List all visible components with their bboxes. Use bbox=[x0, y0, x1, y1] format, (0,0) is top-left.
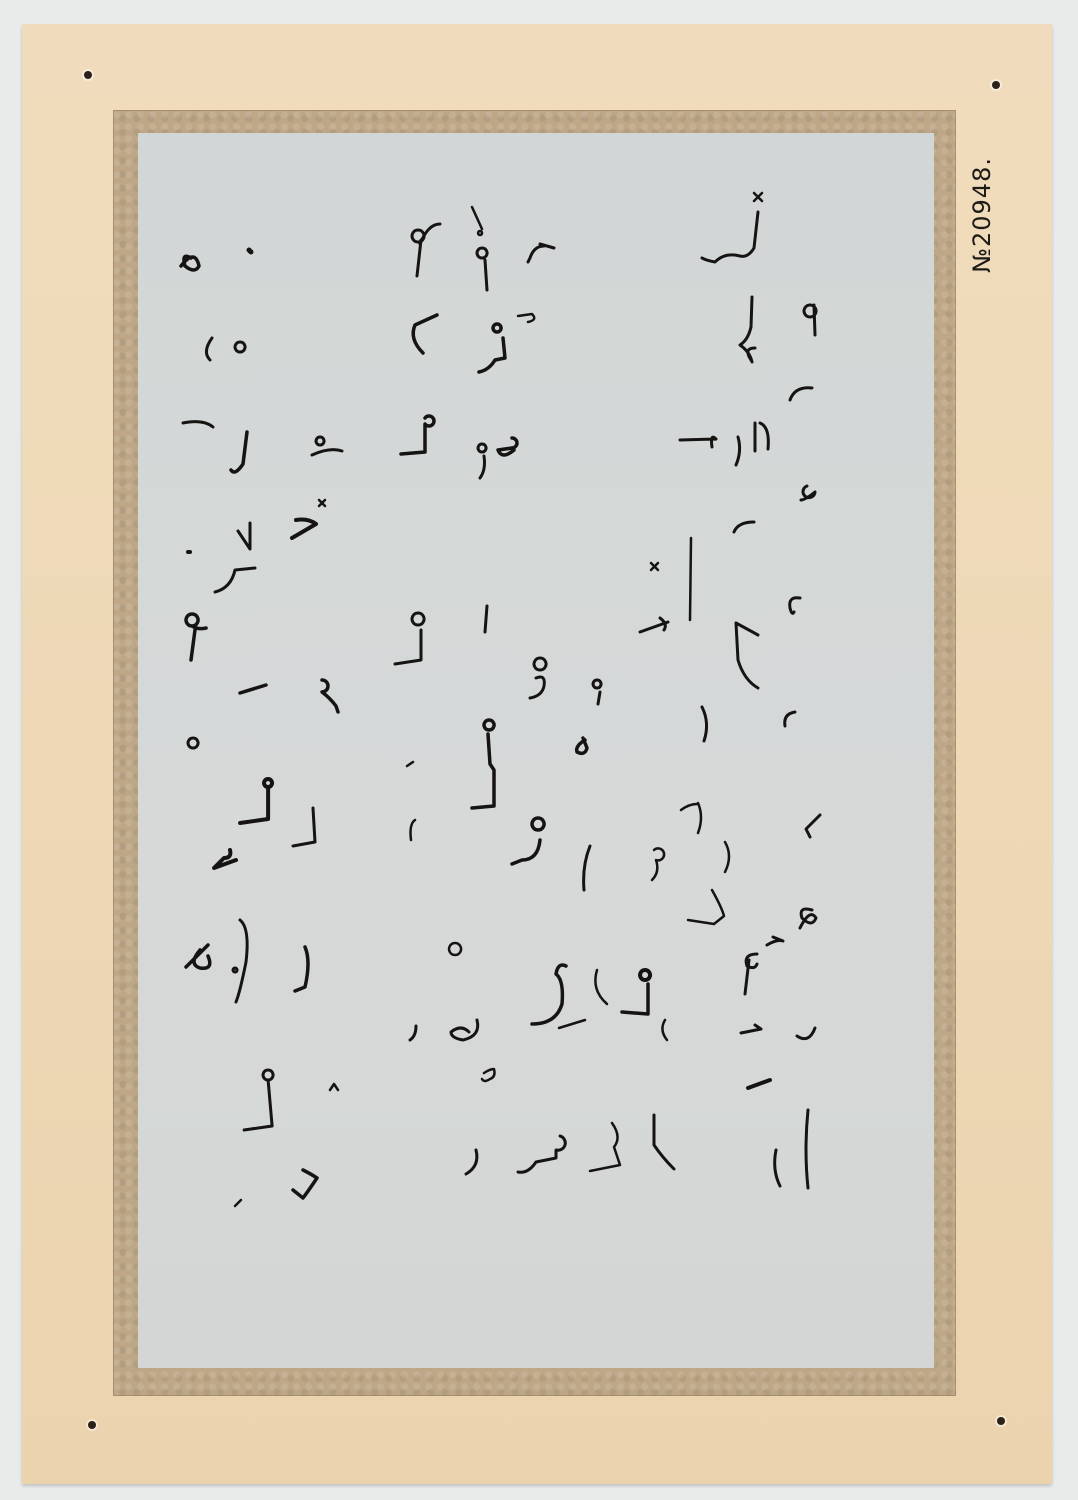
shorthand-stroke bbox=[472, 207, 482, 235]
shorthand-stroke bbox=[295, 947, 308, 991]
shorthand-stroke bbox=[775, 1150, 780, 1186]
shorthand-stroke bbox=[451, 1020, 478, 1040]
shorthand-stroke bbox=[532, 965, 566, 1024]
shorthand-stroke bbox=[235, 1200, 241, 1206]
shorthand-stroke bbox=[748, 1080, 770, 1088]
shorthand-stroke bbox=[662, 1020, 667, 1040]
shorthand-stroke bbox=[681, 804, 697, 810]
shorthand-stroke bbox=[183, 422, 213, 427]
shorthand-stroke bbox=[702, 707, 707, 741]
shorthand-stroke bbox=[181, 256, 199, 270]
shorthand-stroke bbox=[688, 890, 724, 924]
shorthand-stroke bbox=[238, 523, 250, 549]
shorthand-stroke bbox=[800, 909, 816, 928]
shorthand-stroke bbox=[530, 658, 546, 698]
shorthand-stroke bbox=[755, 423, 768, 451]
shorthand-stroke bbox=[413, 315, 437, 353]
shorthand-stroke bbox=[702, 212, 758, 262]
shorthand-stroke bbox=[584, 846, 590, 890]
shorthand-stroke bbox=[206, 338, 212, 360]
shorthand-stroke bbox=[244, 1070, 273, 1130]
shorthand-stroke bbox=[559, 1020, 585, 1028]
shorthand-stroke bbox=[240, 779, 272, 823]
catalog-number: №20948. bbox=[962, 140, 1002, 290]
shorthand-stroke bbox=[734, 522, 754, 532]
shorthand-stroke bbox=[188, 738, 198, 748]
shorthand-stroke bbox=[293, 808, 315, 846]
shorthand-stroke bbox=[590, 1123, 620, 1171]
shorthand-stroke bbox=[498, 438, 517, 455]
shorthand-stroke bbox=[479, 324, 505, 372]
shorthand-stroke bbox=[748, 348, 755, 360]
shorthand-stroke bbox=[512, 818, 544, 864]
shorthand-stroke bbox=[698, 803, 701, 833]
shorthand-stroke bbox=[640, 618, 668, 632]
shorthand-stroke bbox=[785, 712, 795, 726]
shorthand-stroke bbox=[401, 416, 434, 454]
shorthand-stroke bbox=[293, 1170, 317, 1198]
shorthand-stroke bbox=[640, 970, 650, 980]
shorthand-stroke bbox=[790, 388, 812, 400]
shorthand-stroke bbox=[745, 954, 757, 994]
shorthand-stroke bbox=[806, 1110, 808, 1188]
shorthand-stroke bbox=[577, 738, 587, 753]
shorthand-stroke bbox=[736, 623, 758, 688]
shorthand-stroke bbox=[754, 193, 762, 201]
shorthand-stroke bbox=[518, 1136, 565, 1172]
shorthand-stroke bbox=[652, 848, 664, 880]
shorthand-outlines bbox=[0, 0, 1078, 1500]
shorthand-stroke bbox=[740, 297, 752, 362]
shorthand-stroke bbox=[736, 437, 740, 465]
shorthand-stroke bbox=[725, 842, 729, 872]
shorthand-stroke bbox=[477, 248, 487, 290]
shorthand-stroke bbox=[407, 762, 413, 766]
shorthand-stroke bbox=[593, 680, 601, 704]
shorthand-stroke bbox=[801, 486, 815, 500]
shorthand-stroke bbox=[790, 598, 800, 614]
shorthand-stroke bbox=[312, 437, 342, 455]
shorthand-stroke bbox=[518, 314, 534, 322]
catalog-number-text: №20948. bbox=[968, 157, 996, 273]
shorthand-stroke bbox=[186, 945, 210, 968]
shorthand-stroke bbox=[449, 943, 461, 955]
shorthand-stroke bbox=[806, 815, 820, 837]
shorthand-stroke bbox=[767, 937, 783, 945]
shorthand-stroke bbox=[472, 720, 494, 808]
shorthand-stroke bbox=[319, 500, 325, 506]
shorthand-stroke bbox=[482, 1069, 495, 1081]
shorthand-stroke bbox=[804, 305, 816, 335]
shorthand-stroke bbox=[651, 563, 658, 570]
shorthand-stroke bbox=[292, 520, 316, 539]
shorthand-stroke bbox=[690, 538, 691, 620]
shorthand-stroke bbox=[233, 968, 237, 972]
shorthand-stroke bbox=[215, 568, 255, 592]
shorthand-stroke bbox=[680, 437, 716, 447]
shorthand-stroke bbox=[322, 680, 338, 712]
shorthand-stroke bbox=[797, 1028, 815, 1039]
shorthand-stroke bbox=[395, 613, 424, 664]
shorthand-stroke bbox=[330, 1084, 338, 1090]
shorthand-stroke bbox=[231, 432, 247, 472]
shorthand-stroke bbox=[236, 920, 247, 1002]
shorthand-stroke bbox=[528, 246, 544, 262]
shorthand-stroke bbox=[186, 614, 206, 660]
shorthand-stroke bbox=[595, 970, 607, 1004]
shorthand-stroke bbox=[478, 444, 486, 478]
shorthand-stroke bbox=[741, 1025, 761, 1033]
shorthand-stroke bbox=[214, 850, 236, 868]
shorthand-stroke bbox=[466, 1150, 477, 1174]
shorthand-stroke bbox=[485, 606, 487, 632]
shorthand-stroke bbox=[235, 342, 245, 352]
shorthand-stroke bbox=[410, 1026, 416, 1040]
shorthand-stroke bbox=[411, 820, 416, 840]
shorthand-stroke bbox=[249, 250, 251, 252]
shorthand-stroke bbox=[240, 685, 266, 693]
shorthand-stroke bbox=[622, 984, 648, 1014]
shorthand-stroke bbox=[654, 1115, 674, 1169]
